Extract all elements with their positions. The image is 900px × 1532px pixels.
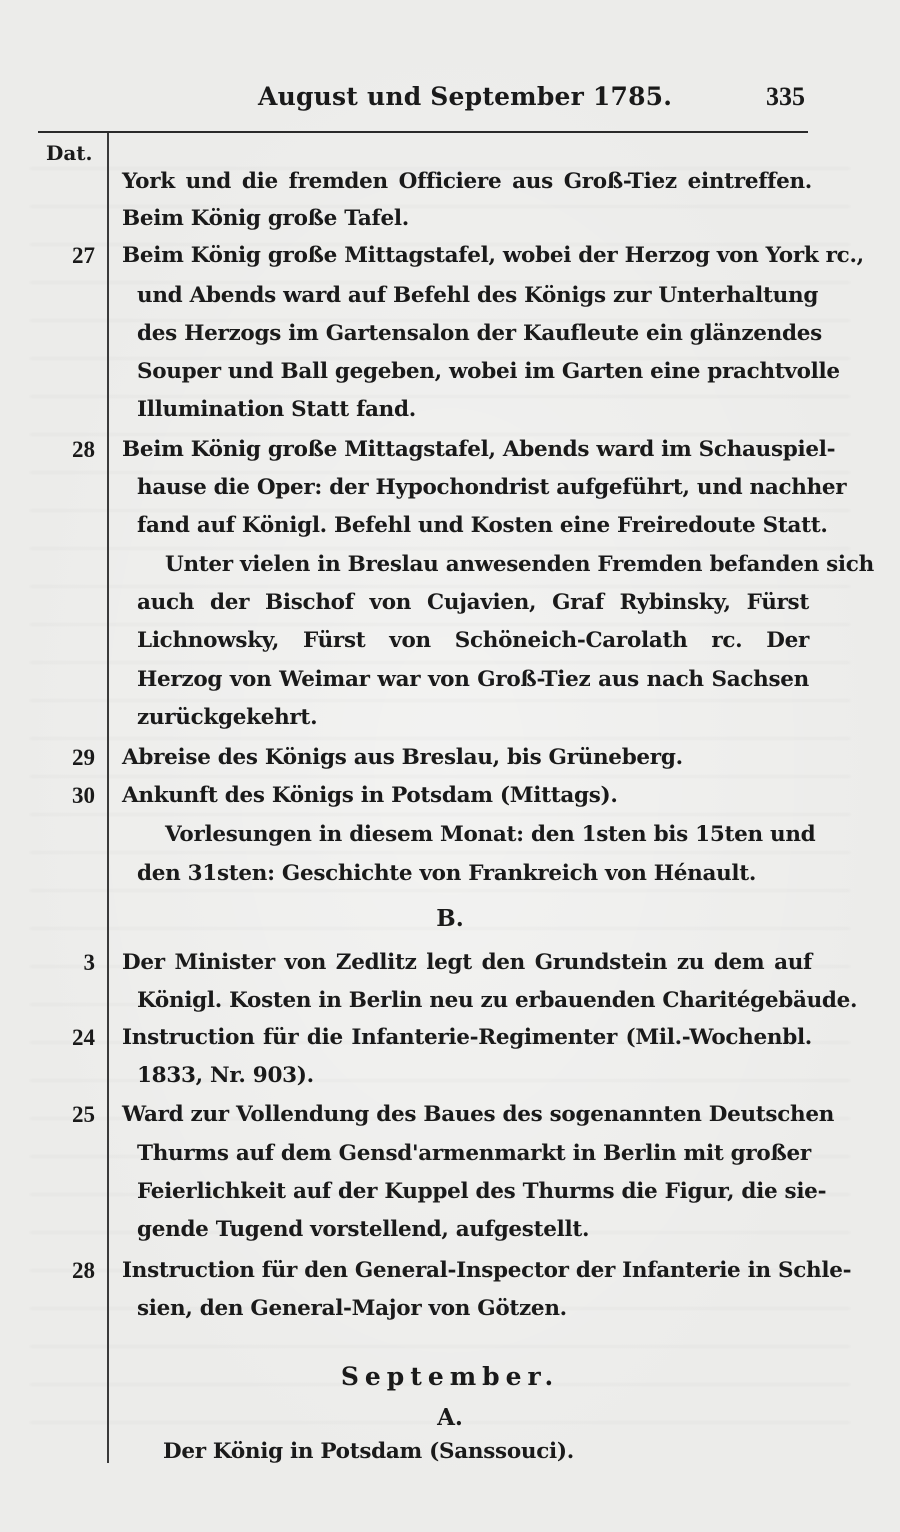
text-line: den 31sten: Geschichte von Frankreich vo…: [137, 856, 827, 892]
page-number: 335: [766, 82, 805, 112]
entry-date: 28: [60, 1253, 95, 1289]
header-rule: [38, 131, 808, 133]
text-line: fand auf Königl. Befehl und Kosten eine …: [137, 508, 809, 544]
text-line: Unter vielen in Breslau anwesenden Fremd…: [165, 547, 810, 583]
text-line: Beim König große Mittagstafel, Abends wa…: [122, 432, 812, 468]
text-line: Lichnowsky, Fürst von Schöneich-Carolath…: [137, 623, 809, 659]
entry-date: 27: [60, 238, 95, 274]
text-line: hause die Oper: der Hypochondrist aufgef…: [137, 470, 809, 506]
text-line: zurückgekehrt.: [137, 700, 827, 736]
text-line: York und die fremden Officiere aus Groß-…: [122, 164, 812, 200]
date-column-label: Dat.: [46, 141, 93, 165]
text-line: Abreise des Königs aus Breslau, bis Grün…: [122, 740, 812, 776]
text-line: Beim König große Mittagstafel, wobei der…: [122, 238, 812, 274]
text-line: Ward zur Vollendung des Baues des sogena…: [122, 1097, 812, 1133]
text-line: sien, den General-Major von Götzen.: [137, 1291, 827, 1327]
text-line: und Abends ward auf Befehl des Königs zu…: [137, 278, 809, 314]
text-line: Souper und Ball gegeben, wobei im Garten…: [137, 354, 809, 390]
text-line: Königl. Kosten in Berlin neu zu erbauend…: [137, 983, 809, 1019]
text-line: 1833, Nr. 903).: [137, 1058, 827, 1094]
text-line: Ankunft des Königs in Potsdam (Mittags).: [122, 778, 812, 814]
text-line: auch der Bischof von Cujavien, Graf Rybi…: [137, 585, 809, 621]
entry-date: 3: [60, 945, 95, 981]
text-line: des Herzogs im Gartensalon der Kaufleute…: [137, 316, 809, 352]
section-heading-b: B.: [0, 905, 900, 932]
entry-date: 30: [60, 778, 95, 814]
text-line: Herzog von Weimar war von Groß-Tiez aus …: [137, 662, 809, 698]
entry-date: 24: [60, 1020, 95, 1056]
text-line: Instruction für die Infanterie-Regimente…: [122, 1020, 812, 1056]
text-line: Vorlesungen in diesem Monat: den 1sten b…: [165, 817, 810, 853]
entry-date: 28: [60, 432, 95, 468]
month-heading: September.: [0, 1362, 900, 1391]
section-heading-a: A.: [0, 1404, 900, 1431]
running-title: August und September 1785.: [258, 82, 672, 111]
text-line: Beim König große Tafel.: [122, 201, 812, 237]
entry-date: 29: [60, 740, 95, 776]
text-line: gende Tugend vorstellend, aufgestellt.: [137, 1212, 827, 1248]
section-subtitle: Der König in Potsdam (Sanssouci).: [163, 1434, 853, 1470]
text-line: Feierlichkeit auf der Kuppel des Thurms …: [137, 1174, 809, 1210]
text-line: Illumination Statt fand.: [137, 392, 827, 428]
document-page: August und September 1785. 335 Dat. York…: [0, 0, 900, 1532]
page-header: August und September 1785. 335: [0, 82, 900, 122]
entry-date: 25: [60, 1097, 95, 1133]
text-line: Der Minister von Zedlitz legt den Grunds…: [122, 945, 812, 981]
text-line: Instruction für den General-Inspector de…: [122, 1253, 812, 1289]
date-column-rule: [107, 133, 109, 1463]
text-line: Thurms auf dem Gensd'armenmarkt in Berli…: [137, 1136, 809, 1172]
